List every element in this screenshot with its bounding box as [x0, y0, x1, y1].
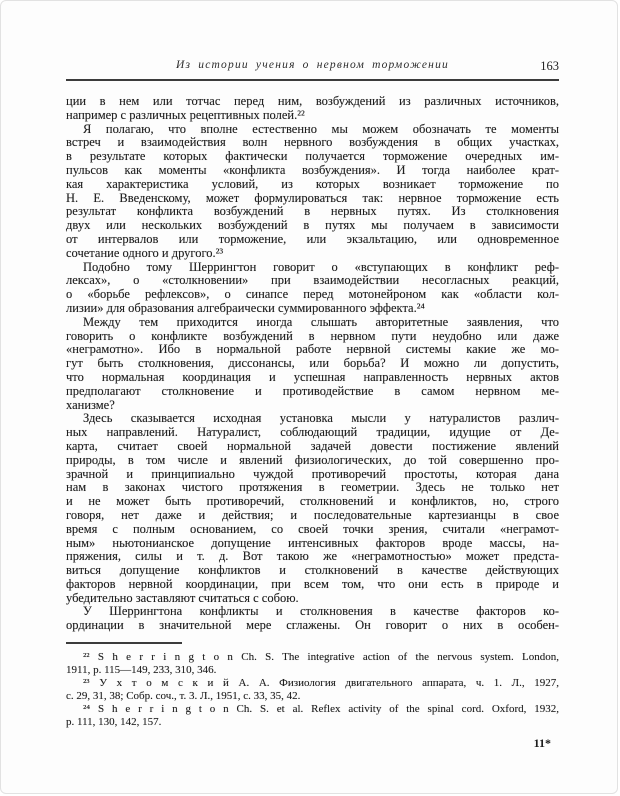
text-line: и не может быть противоречий, столкновен…	[66, 495, 559, 509]
text-line: факторов нервной координации, при всем т…	[66, 578, 559, 592]
text-line: говорить о конфликте возбуждений в нервн…	[66, 330, 559, 344]
text-line: встреч и взаимодействия волн нервного во…	[66, 136, 559, 150]
running-title: Из истории учения о нервном торможении	[66, 59, 559, 71]
text-line: 1911, p. 115—149, 233, 310, 346.	[66, 664, 559, 677]
text-line: сочетание одного и другого.²³	[66, 247, 559, 261]
text-line: пульсов как моменты «конфликта возбужден…	[66, 164, 559, 178]
text-line: двух или нескольких возбуждений в путях …	[66, 219, 559, 233]
text-column: Из истории учения о нервном торможении 1…	[66, 59, 559, 751]
text-line: говоря, нет даже и действия; и последова…	[66, 509, 559, 523]
running-head: Из истории учения о нервном торможении 1…	[66, 59, 559, 77]
footnote: ²² S h e r r i n g t o n Ch. S. The inte…	[66, 651, 559, 677]
paragraph: Между тем приходится иногда слышать авто…	[66, 316, 559, 413]
paragraph: ции в нем или тотчас перед ним, возбужде…	[66, 95, 559, 123]
text-line: кая характеристика условий, из которых в…	[66, 178, 559, 192]
footnote: ²³ У х т о м с к и й А. А. Физиология дв…	[66, 677, 559, 703]
paragraph: У Шеррингтона конфликты и столкновения в…	[66, 605, 559, 633]
footnotes: ²² S h e r r i n g t o n Ch. S. The inte…	[66, 651, 559, 728]
text-line: например с различных рецептивных полей.²…	[66, 109, 559, 123]
text-line: карта, считает своей нормальной задачей …	[66, 440, 559, 454]
text-line: ных направлений. Натуралист, соблюдающий…	[66, 426, 559, 440]
text-line: зрачной и принципиально чуждой противоре…	[66, 468, 559, 482]
text-line: Я полагаю, что вполне естественно мы мож…	[66, 123, 559, 137]
book-page-scan: Из истории учения о нервном торможении 1…	[0, 0, 618, 794]
text-line: лизии» для образования алгебраически сум…	[66, 302, 559, 316]
text-line: Н. Е. Введенскому, может формулироваться…	[66, 192, 559, 206]
text-line: убедительно заставляют считаться с собою…	[66, 592, 559, 606]
body-text: ции в нем или тотчас перед ним, возбужде…	[66, 95, 559, 633]
text-line: что нормальная координация и успешная на…	[66, 371, 559, 385]
page-number: 163	[540, 59, 559, 74]
text-line: ²² S h e r r i n g t o n Ch. S. The inte…	[66, 651, 559, 664]
text-line: природы, в том числе и явлений физиологи…	[66, 454, 559, 468]
text-line: о «борьбе рефлексов», о синапсе перед мо…	[66, 288, 559, 302]
text-line: p. 111, 130, 142, 157.	[66, 716, 559, 729]
paragraph: Я полагаю, что вполне естественно мы мож…	[66, 123, 559, 261]
text-line: с. 29, 31, 38; Собр. соч., т. 3. Л., 195…	[66, 690, 559, 703]
text-line: в результате которых фактически получает…	[66, 150, 559, 164]
text-line: ханизме?	[66, 399, 559, 413]
text-line: Здесь сказывается исходная установка мыс…	[66, 412, 559, 426]
text-line: Подобно тому Шеррингтон говорит о «вступ…	[66, 261, 559, 275]
printer-signature-mark: 11*	[66, 736, 559, 751]
text-line: ²³ У х т о м с к и й А. А. Физиология дв…	[66, 677, 559, 690]
text-line: предполагают столкновение и противодейст…	[66, 385, 559, 399]
text-line: лексах», о «столкновении» при взаимодейс…	[66, 274, 559, 288]
text-line: ²⁴ S h e r r i n g t o n Ch. S. et al. R…	[66, 703, 559, 716]
text-line: ным» ньютонианское допущение интенсивных…	[66, 537, 559, 551]
footnote: ²⁴ S h e r r i n g t o n Ch. S. et al. R…	[66, 703, 559, 729]
text-line: ции в нем или тотчас перед ним, возбужде…	[66, 95, 559, 109]
text-line: У Шеррингтона конфликты и столкновения в…	[66, 605, 559, 619]
text-line: время с полным основанием, со своей точк…	[66, 523, 559, 537]
text-line: гут быть столкновения, диссонансы, или б…	[66, 357, 559, 371]
paragraph: Здесь сказывается исходная установка мыс…	[66, 412, 559, 605]
text-line: «неграмотно». Ибо в нормальной работе не…	[66, 343, 559, 357]
text-line: Между тем приходится иногда слышать авто…	[66, 316, 559, 330]
footnote-separator	[66, 642, 182, 644]
header-rule	[66, 79, 559, 81]
text-line: виться допущение конфликтов и столкновен…	[66, 564, 559, 578]
text-line: результат конфликта возбуждений в нервны…	[66, 205, 559, 219]
text-line: нам в законах чистого протяжения в геоме…	[66, 481, 559, 495]
text-line: пряжения, силы и т. д. Вот такою же «нег…	[66, 550, 559, 564]
text-line: от интервалов или торможение, или экзаль…	[66, 233, 559, 247]
paragraph: Подобно тому Шеррингтон говорит о «вступ…	[66, 261, 559, 316]
text-line: ординации в значительной мере сглажены. …	[66, 619, 559, 633]
